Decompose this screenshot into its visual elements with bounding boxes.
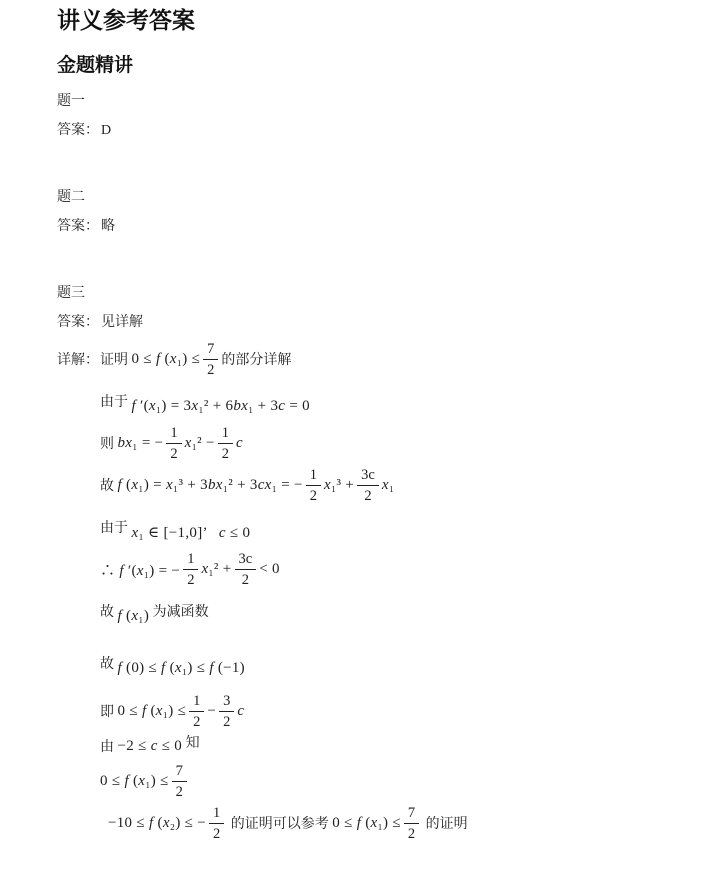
fraction: 32 xyxy=(219,692,234,731)
cn-text: 由于 xyxy=(100,391,132,411)
math-line: ∴ f ′(x₁) = −12x₁² +3c2< 0 xyxy=(100,548,681,590)
question-3-label: 题三 xyxy=(57,285,681,302)
math-text: f (x₁) xyxy=(118,608,150,625)
document-page: 讲义参考答案 金题精讲 题一 答案：D 题二 答案：略 题三 答案：见详解 详解… xyxy=(0,0,711,844)
math-text: 0 ≤ f (x₁) ≤ xyxy=(332,815,401,832)
answer-value: D xyxy=(99,123,111,138)
question-1-label: 题一 xyxy=(57,93,681,110)
math-text: 0 ≤ f (x₁) ≤ xyxy=(132,351,201,368)
math-text: x₁ ∈ [−1,0]’ c ≤ 0 xyxy=(132,523,251,542)
math-line: 则 bx₁ = −12x₁² −12c xyxy=(100,422,681,464)
math-line: 即 0 ≤ f (x₁) ≤12−32c xyxy=(100,690,681,732)
math-line: 由于 x₁ ∈ [−1,0]’ c ≤ 0 xyxy=(100,506,681,548)
cn-text: 故 xyxy=(100,475,118,495)
detail-lines: 证明 0 ≤ f (x₁) ≤72的部分详解由于 f ′(x₁) = 3x₁² … xyxy=(100,338,681,844)
math-text: f ′(x₁) = 3x₁² + 6bx₁ + 3c = 0 xyxy=(132,398,310,415)
answer-line-1: 答案：D xyxy=(57,122,681,139)
answer-line-2: 答案：略 xyxy=(57,218,681,235)
page-title: 讲义参考答案 xyxy=(57,5,681,35)
math-line: 证明 0 ≤ f (x₁) ≤72的部分详解 xyxy=(100,338,681,380)
question-2-label: 题二 xyxy=(57,189,681,206)
answer-label: 答案： xyxy=(57,219,99,234)
math-line: 故 f (x₁) 为减函数 xyxy=(100,590,681,632)
cn-text: 的部分详解 xyxy=(221,349,291,369)
math-text: − xyxy=(207,703,216,720)
cn-text: 即 xyxy=(100,701,118,721)
cn-text: 故 xyxy=(100,601,118,621)
fraction: 72 xyxy=(172,762,187,801)
math-text: −2 ≤ c ≤ 0 xyxy=(118,738,183,755)
cn-text: 为减函数 xyxy=(149,601,209,621)
math-line: 由 −2 ≤ c ≤ 0 知 xyxy=(100,732,681,760)
fraction: 3c2 xyxy=(357,466,379,505)
math-text: x₁ xyxy=(382,477,395,494)
math-line: 由于 f ′(x₁) = 3x₁² + 6bx₁ + 3c = 0 xyxy=(100,380,681,422)
cn-text: 的证明可以参考 xyxy=(227,813,332,833)
math-line: 故 f (0) ≤ f (x₁) ≤ f (−1) xyxy=(100,642,681,684)
answer-label: 答案： xyxy=(57,315,99,330)
fraction: 12 xyxy=(306,466,321,505)
cn-text: 故 xyxy=(100,653,118,673)
fraction: 72 xyxy=(203,340,218,379)
math-text: f (0) ≤ f (x₁) ≤ f (−1) xyxy=(118,660,245,677)
math-text: x₁³ + xyxy=(324,477,354,494)
detail-label: 详解： xyxy=(57,338,100,380)
math-text: c xyxy=(236,435,243,452)
math-text: 0 ≤ f (x₁) ≤ xyxy=(100,773,169,790)
answer-value: 见详解 xyxy=(99,315,143,330)
math-text: c xyxy=(237,703,244,720)
answer-value: 略 xyxy=(99,219,115,234)
section-title: 金题精讲 xyxy=(57,55,681,77)
fraction: 12 xyxy=(209,804,224,843)
math-line: 故 f (x₁) = x₁³ + 3bx₁² + 3cx₁ = −12x₁³ +… xyxy=(100,464,681,506)
math-text: x₁² + xyxy=(201,561,231,578)
fraction: 12 xyxy=(218,424,233,463)
fraction: 12 xyxy=(183,550,198,589)
fraction: 12 xyxy=(189,692,204,731)
math-text: < 0 xyxy=(259,561,280,578)
math-text: bx₁ = − xyxy=(118,435,164,452)
fraction: 72 xyxy=(404,804,419,843)
detailed-solution: 详解： 证明 0 ≤ f (x₁) ≤72的部分详解由于 f ′(x₁) = 3… xyxy=(57,338,681,844)
cn-text: 证明 xyxy=(100,349,132,369)
cn-text: 由于 xyxy=(100,517,132,537)
cn-text: 的证明 xyxy=(422,813,468,833)
math-line: 0 ≤ f (x₁) ≤72 xyxy=(100,760,681,802)
cn-text: 由 xyxy=(100,736,118,756)
math-text: f (x₁) = x₁³ + 3bx₁² + 3cx₁ = − xyxy=(118,477,303,494)
fraction: 12 xyxy=(166,424,181,463)
math-text: x₁² − xyxy=(185,435,215,452)
math-text: 0 ≤ f (x₁) ≤ xyxy=(118,703,187,720)
math-text: −10 ≤ f (x₂) ≤ − xyxy=(108,815,206,832)
answer-line-3: 答案：见详解 xyxy=(57,314,681,331)
fraction: 3c2 xyxy=(235,550,257,589)
math-line: −10 ≤ f (x₂) ≤ −12 的证明可以参考 0 ≤ f (x₁) ≤7… xyxy=(100,802,681,844)
cn-text: 则 xyxy=(100,433,118,453)
cn-text: 知 xyxy=(182,732,200,752)
answer-label: 答案： xyxy=(57,123,99,138)
math-text: ∴ f ′(x₁) = − xyxy=(100,559,180,580)
